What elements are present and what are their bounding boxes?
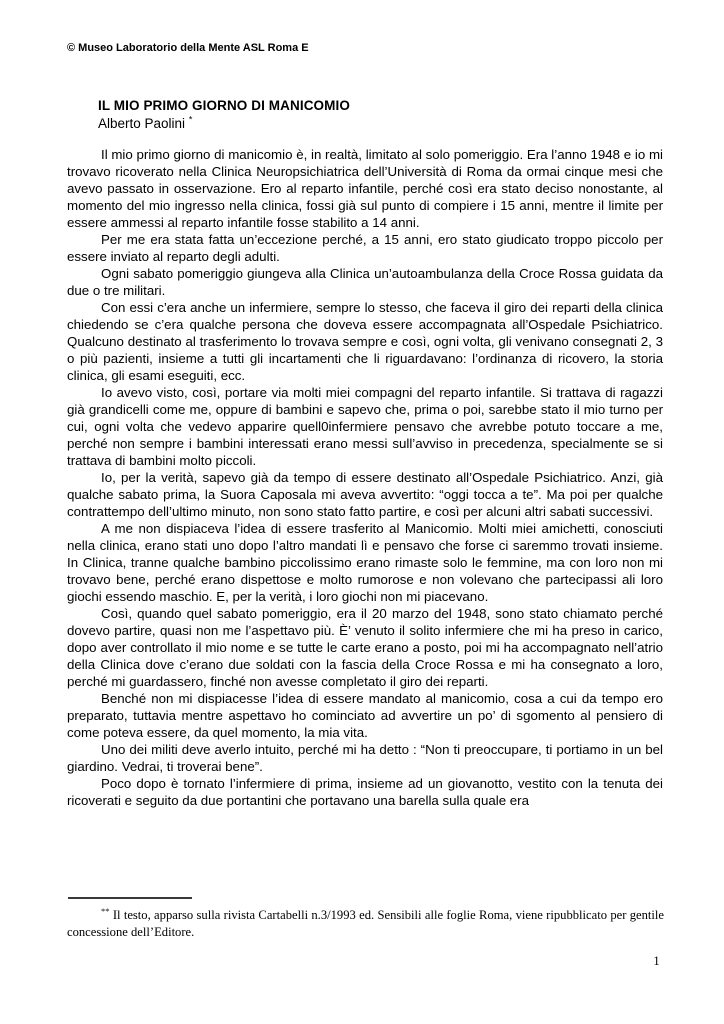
footnote-marker: ** xyxy=(101,906,110,916)
paragraph: Così, quando quel sabato pomeriggio, era… xyxy=(67,605,663,690)
paragraph: Uno dei militi deve averlo intuito, perc… xyxy=(67,741,663,775)
paragraph: Per me era stata fatta un’eccezione perc… xyxy=(67,231,663,265)
paragraph: A me non dispiaceva l’idea di essere tra… xyxy=(67,520,663,605)
paragraph: Io, per la verità, sapevo già da tempo d… xyxy=(67,469,663,520)
author-name: Alberto Paolini xyxy=(98,116,185,131)
author-line: Alberto Paolini * xyxy=(98,116,192,131)
paragraph: Poco dopo è tornato l’infermiere di prim… xyxy=(67,775,663,809)
document-title: IL MIO PRIMO GIORNO DI MANICOMIO xyxy=(98,98,350,113)
paragraph: Ogni sabato pomeriggio giungeva alla Cli… xyxy=(67,265,663,299)
document-page: © Museo Laboratorio della Mente ASL Roma… xyxy=(0,0,724,1024)
footnote: ** Il testo, apparso sulla rivista Carta… xyxy=(67,907,664,940)
page-number: 1 xyxy=(650,954,663,969)
footnote-separator xyxy=(68,897,192,899)
document-body: Il mio primo giorno di manicomio è, in r… xyxy=(67,146,663,809)
author-footnote-marker: * xyxy=(189,115,193,125)
paragraph: Io avevo visto, così, portare via molti … xyxy=(67,384,663,469)
paragraph: Il mio primo giorno di manicomio è, in r… xyxy=(67,146,663,231)
footnote-text: Il testo, apparso sulla rivista Cartabel… xyxy=(67,908,664,939)
paragraph: Benché non mi dispiacesse l’idea di esse… xyxy=(67,690,663,741)
copyright-header: © Museo Laboratorio della Mente ASL Roma… xyxy=(67,42,309,54)
paragraph: Con essi c’era anche un infermiere, semp… xyxy=(67,299,663,384)
